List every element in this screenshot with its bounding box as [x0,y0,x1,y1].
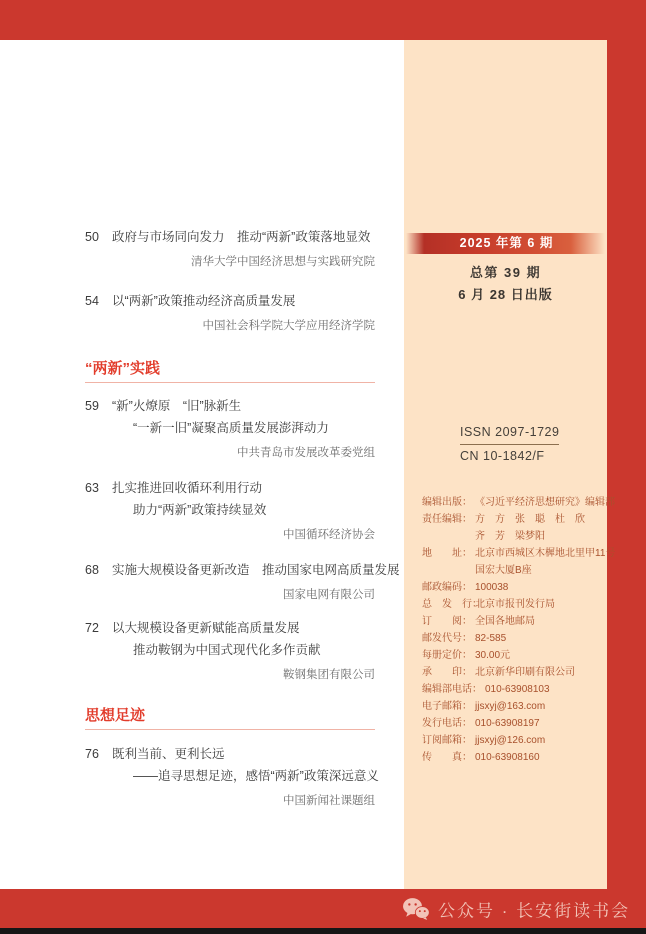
right-red-border [607,40,646,889]
info-row-postcode: 邮政编码：100038 [422,579,605,596]
issn-number: ISSN 2097-1729 [460,425,559,445]
info-value: 方 方 张 聪 杜 欣 [472,514,585,525]
info-row-editorial-phone: 编辑部电话：010-63908103 [422,681,605,698]
toc-entry-subtitle: “一新一旧”凝聚高质量发展澎湃动力 [85,418,375,438]
toc-entry-title-row: 76既利当前、更利长远 [85,744,375,764]
toc-entry-author: 国家电网有限公司 [85,584,375,604]
info-label: 总 发 行： [422,596,472,613]
issn-block: ISSN 2097-1729 CN 10-1842/F [460,425,559,464]
info-row-subscription-email: 订阅邮箱：jjsxyj@126.com [422,732,605,749]
toc-entry-title: 以“两新”政策推动经济高质量发展 [112,294,295,308]
toc-entry-title: 以大规模设备更新赋能高质量发展 [112,621,300,635]
toc-entry-title-row: 72以大规模设备更新赋能高质量发展 [85,618,375,638]
toc-entry-title-row: 68实施大规模设备更新改造 推动国家电网高质量发展 [85,560,375,580]
toc-entry-68: 68实施大规模设备更新改造 推动国家电网高质量发展 国家电网有限公司 [85,560,375,604]
toc-entry-title-row: 50政府与市场同向发力 推动“两新”政策落地显效 [85,227,375,247]
info-row-postal-code: 邮发代号：82-585 [422,630,605,647]
toc-entry-54: 54以“两新”政策推动经济高质量发展 中国社会科学院大学应用经济学院 [85,291,375,335]
info-label: 订 阅： [422,613,472,630]
info-value: 100038 [472,582,508,593]
info-value: 北京市报刊发行局 [472,599,555,610]
publish-date: 6 月 28 日出版 [404,284,607,303]
info-row-price: 每册定价：30.00元 [422,647,605,664]
wechat-account-label: 公众号 · 长安街读书会 [438,896,630,921]
info-label: 传 真： [422,749,472,766]
info-value: 30.00元 [472,650,510,661]
toc-entry-72: 72以大规模设备更新赋能高质量发展 推动鞍钢为中国式现代化多作贡献 鞍钢集团有限… [85,618,375,684]
bottom-red-bar: 公众号 · 长安街读书会 [0,889,646,928]
publication-info-list: 编辑出版：《习近平经济思想研究》编辑部 责任编辑：方 方 张 聪 杜 欣 齐 芳… [422,494,605,766]
issue-total: 总第 39 期 [404,262,607,281]
toc-entry-author: 中国循环经济协会 [85,524,375,544]
info-value: 北京新华印刷有限公司 [472,667,575,678]
info-label: 邮政编码： [422,579,472,596]
info-value: 010-63908160 [472,752,540,763]
info-label: 发行电话： [422,715,472,732]
info-row-email: 电子邮箱：jjsxyj@163.com [422,698,605,715]
toc-entry-number: 54 [85,291,105,311]
toc-entry-title: 政府与市场同向发力 推动“两新”政策落地显效 [112,230,370,244]
info-row-address-cont: 国宏大厦B座 [422,562,605,579]
info-label: 编辑出版： [422,494,472,511]
info-row-distributor: 总 发 行：北京市报刊发行局 [422,596,605,613]
toc-entry-title: “新”火燎原 “旧”脉新生 [112,399,241,413]
info-label: 责任编辑： [422,511,472,528]
toc-entry-title: 扎实推进回收循环利用行动 [112,481,262,495]
issue-info-sidebar: 2025 年第 6 期 总第 39 期 6 月 28 日出版 ISSN 2097… [404,40,607,889]
info-row-editors-cont: 齐 芳 梁梦阳 [422,528,605,545]
page-body: 50政府与市场同向发力 推动“两新”政策落地显效 清华大学中国经济思想与实践研究… [0,40,646,889]
info-row-printer: 承 印：北京新华印刷有限公司 [422,664,605,681]
info-label: 订阅邮箱： [422,732,472,749]
toc-entry-subtitle: 助力“两新”政策持续显效 [85,500,375,520]
info-label: 编辑部电话： [422,681,482,698]
info-label: 地 址： [422,545,472,562]
info-value: 010-63908197 [472,718,540,729]
info-value: jjsxyj@163.com [472,701,545,712]
toc-entry-title: 既利当前、更利长远 [112,747,225,761]
toc-entry-author: 中国新闻社课题组 [85,790,375,810]
info-row-subscription: 订 阅：全国各地邮局 [422,613,605,630]
toc-entry-number: 68 [85,560,105,580]
bottom-black-strip [0,928,646,934]
toc-entry-50: 50政府与市场同向发力 推动“两新”政策落地显效 清华大学中国经济思想与实践研究… [85,227,375,271]
toc-entry-author: 中国社会科学院大学应用经济学院 [85,315,375,335]
wechat-account-row: 公众号 · 长安街读书会 [402,896,630,921]
info-row-address: 地 址：北京市西城区木樨地北里甲11号 [422,545,605,562]
info-value: 齐 芳 梁梦阳 [472,531,545,542]
info-value: jjsxyj@126.com [472,735,545,746]
toc-entry-number: 76 [85,744,105,764]
info-value: 010-63908103 [482,684,550,695]
toc-entry-63: 63扎实推进回收循环利用行动 助力“两新”政策持续显效 中国循环经济协会 [85,478,375,544]
info-value: 82-585 [472,633,506,644]
toc-entry-title-row: 63扎实推进回收循环利用行动 [85,478,375,498]
toc-entry-number: 59 [85,396,105,416]
info-row-editors: 责任编辑：方 方 张 聪 杜 欣 [422,511,605,528]
info-label: 邮发代号： [422,630,472,647]
info-row-publisher: 编辑出版：《习近平经济思想研究》编辑部 [422,494,605,511]
toc-entry-number: 50 [85,227,105,247]
wechat-icon [402,897,430,920]
toc-entry-author: 中共青岛市发展改革委党组 [85,442,375,462]
section-header-sixiang-zuji: 思想足迹 [85,708,375,730]
info-value: 全国各地邮局 [472,616,535,627]
info-label: 电子邮箱： [422,698,472,715]
info-value: 《习近平经济思想研究》编辑部 [472,497,615,508]
toc-entry-title: 实施大规模设备更新改造 推动国家电网高质量发展 [112,563,400,577]
toc-main: 50政府与市场同向发力 推动“两新”政策落地显效 清华大学中国经济思想与实践研究… [0,40,404,889]
toc-entry-subtitle: 推动鞍钢为中国式现代化多作贡献 [85,640,375,660]
toc-entry-title-row: 59“新”火燎原 “旧”脉新生 [85,396,375,416]
toc-entry-76: 76既利当前、更利长远 ——追寻思想足迹，感悟“两新”政策深远意义 中国新闻社课… [85,744,375,810]
cn-number: CN 10-1842/F [460,445,559,464]
info-row-distribution-phone: 发行电话：010-63908197 [422,715,605,732]
toc-entry-title-row: 54以“两新”政策推动经济高质量发展 [85,291,375,311]
toc-entry-author: 清华大学中国经济思想与实践研究院 [85,251,375,271]
toc-entry-number: 72 [85,618,105,638]
issue-banner: 2025 年第 6 期 [406,233,607,254]
toc-entry-number: 63 [85,478,105,498]
info-value: 国宏大厦B座 [472,565,532,576]
toc-entry-subtitle: ——追寻思想足迹，感悟“两新”政策深远意义 [85,766,375,786]
info-label: 承 印： [422,664,472,681]
toc-entry-59: 59“新”火燎原 “旧”脉新生 “一新一旧”凝聚高质量发展澎湃动力 中共青岛市发… [85,396,375,462]
top-red-border [0,0,646,40]
section-header-liangxin-shijian: “两新”实践 [85,361,375,383]
info-value: 北京市西城区木樨地北里甲11号 [472,548,615,559]
info-label: 每册定价： [422,647,472,664]
magazine-contents-page: 50政府与市场同向发力 推动“两新”政策落地显效 清华大学中国经济思想与实践研究… [0,0,646,934]
info-row-fax: 传 真：010-63908160 [422,749,605,766]
toc-entry-author: 鞍钢集团有限公司 [85,664,375,684]
